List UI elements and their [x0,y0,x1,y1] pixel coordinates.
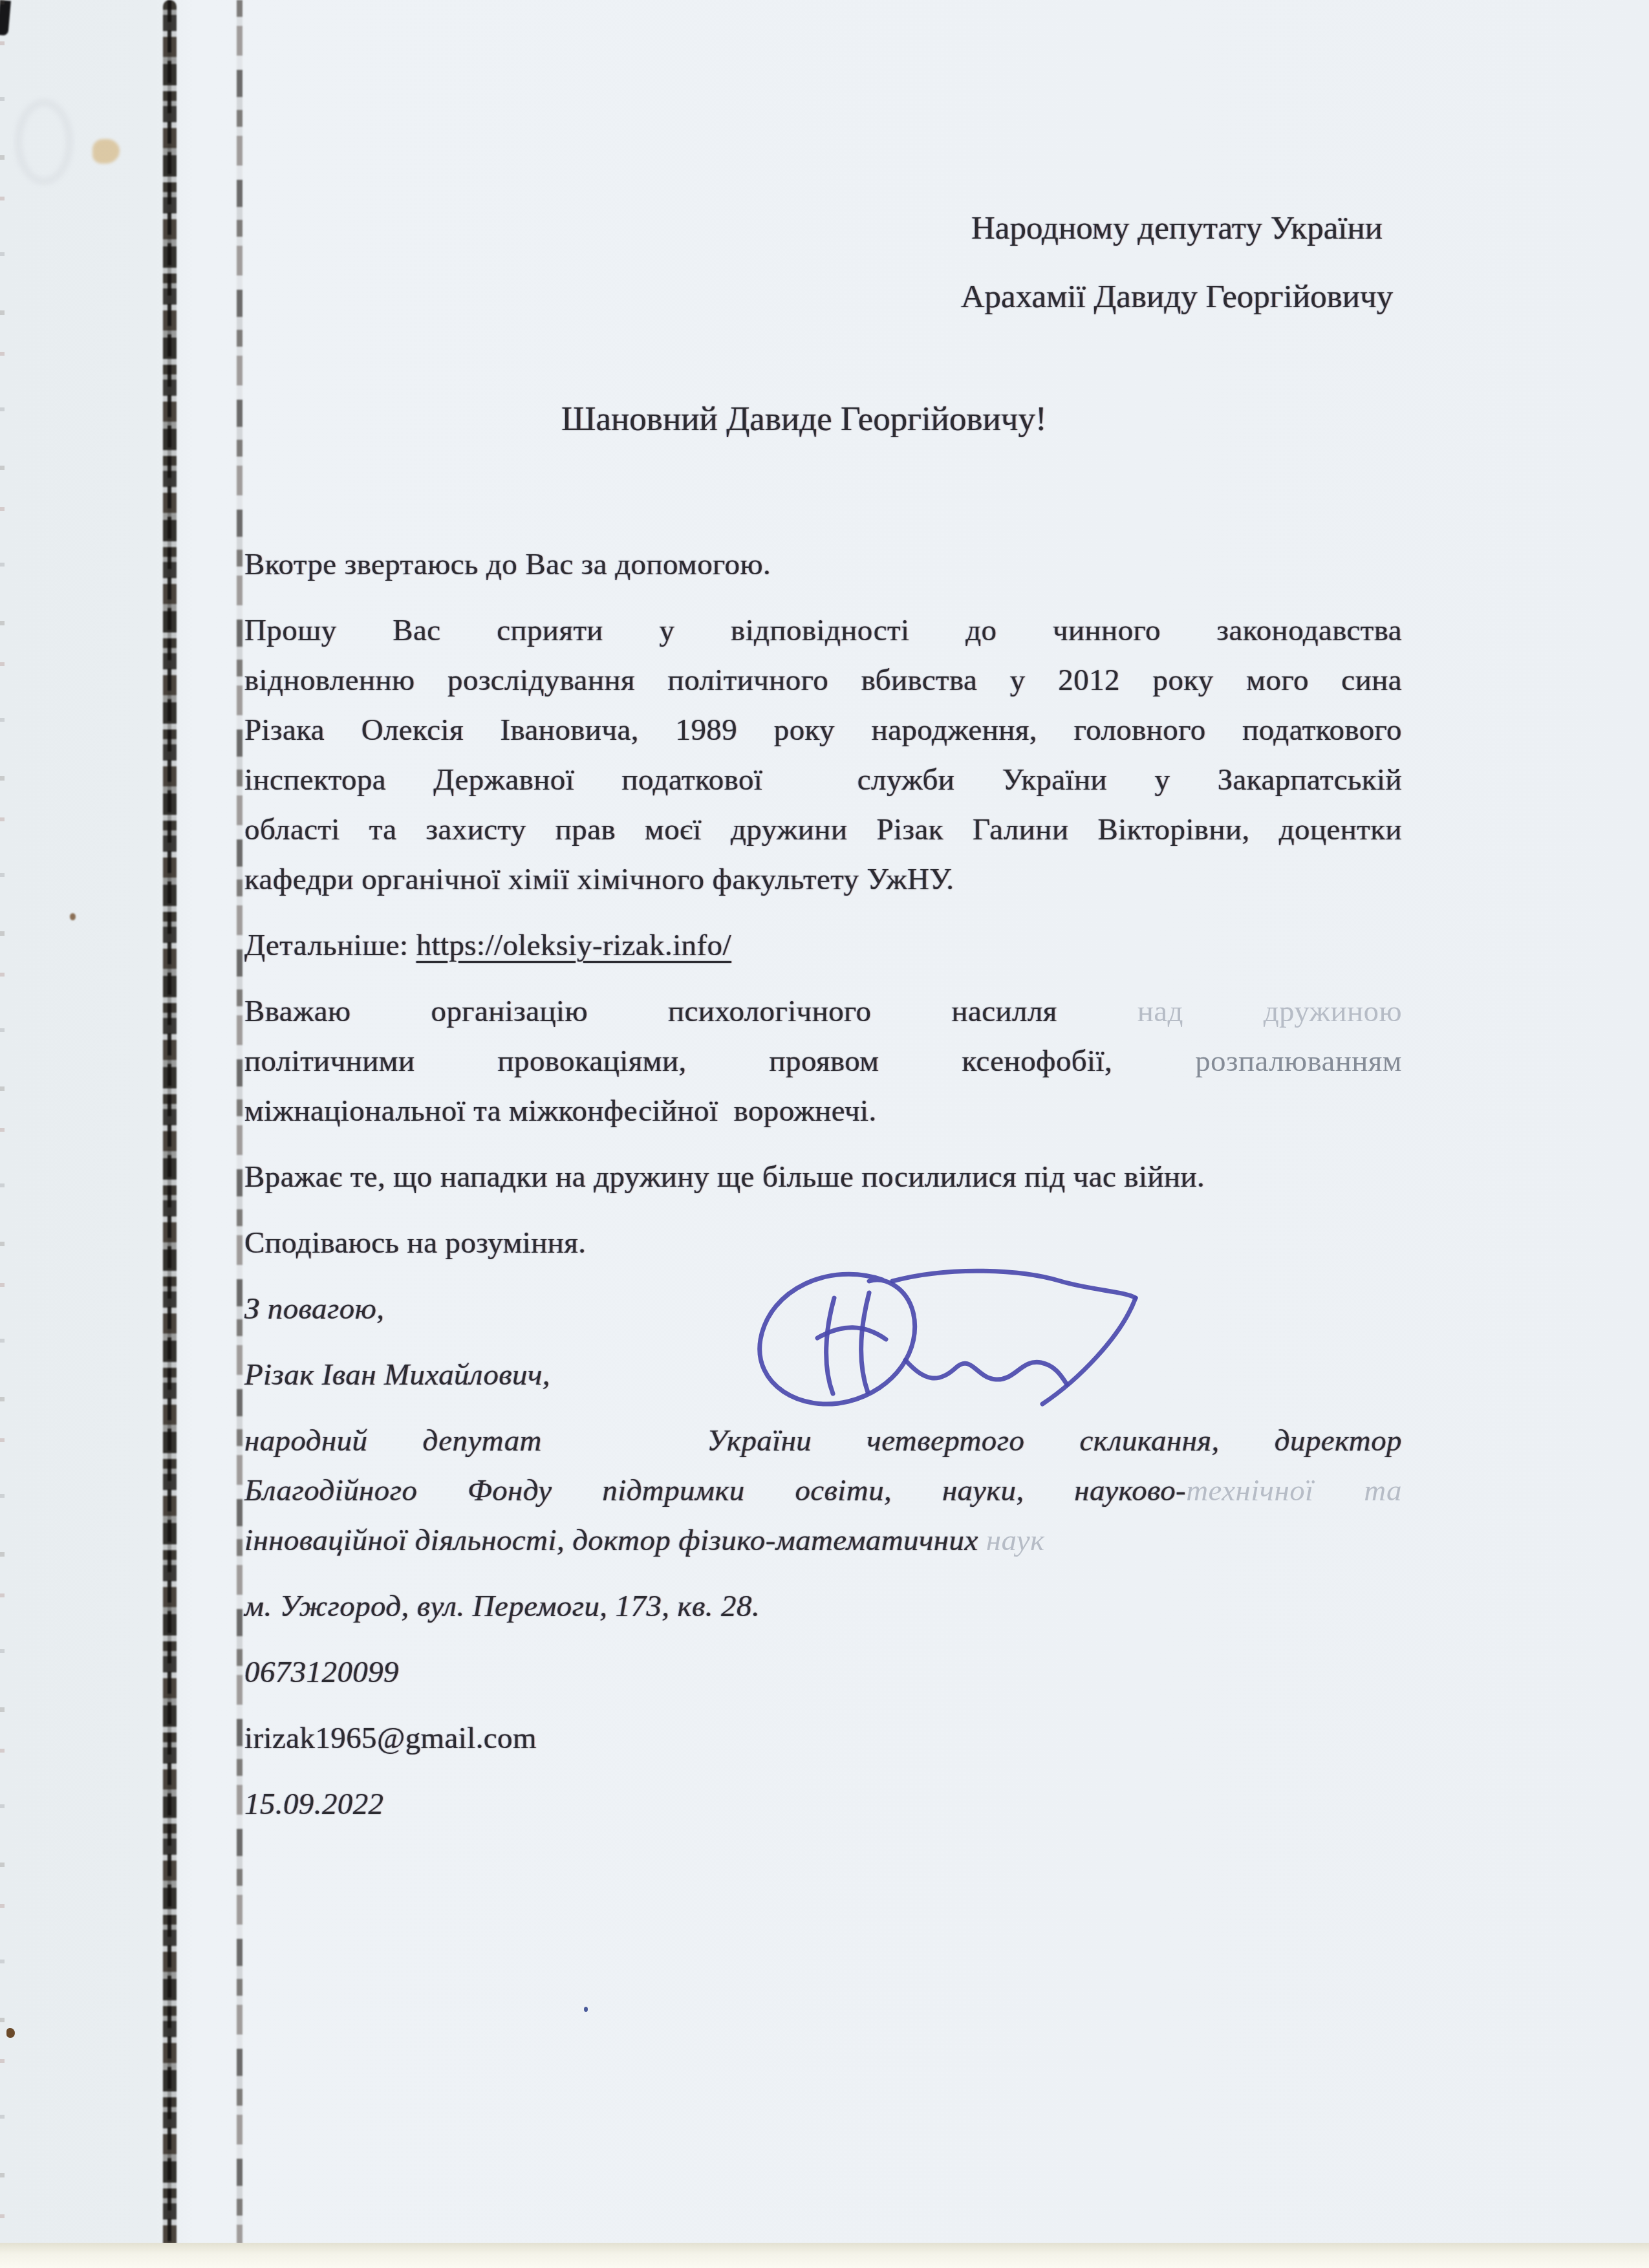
opinion-line-2-faded: розпалюванням [1195,1044,1402,1078]
opinion-line-2-main: політичними провокаціями, проявом ксеноф… [244,1044,1112,1078]
paragraph-request: Прошу Вас сприяти у відповідності до чин… [244,606,1402,905]
contact-phone: 0673120099 [244,1648,1402,1698]
scan-smudge [16,100,72,184]
scan-artifact-line-inner [237,0,242,2257]
details-label: Детальніше: [244,929,416,962]
paragraph-opinion: Вважаю організацію психологічного насилл… [244,987,1402,1136]
salutation: Шановний Давиде Георгійовичу! [561,400,1047,438]
paragraph-position: народний депутат України четвертого скли… [244,1416,1402,1566]
opinion-line: політичними провокаціями, проявом ксеноф… [244,1037,1402,1086]
scanned-letter-page: Народному депутату України Арахамії Дави… [0,0,1649,2268]
paragraph-intro: Вкотре звертаюсь до Вас за допомогою. [244,540,1402,590]
request-line: відновленню розслідування політичного вб… [244,656,1402,706]
position-line: інноваційної діяльності, доктор фізико-м… [244,1516,1402,1566]
position-line-3-main: інноваційної діяльності, доктор фізико-м… [244,1524,978,1557]
opinion-line: міжнаціональної та міжконфесійної ворожн… [244,1086,1402,1136]
paragraph-details: Детальніше: https://oleksiy-rizak.info/ [244,921,1402,971]
oleksiy-rizak-link[interactable]: https://oleksiy-rizak.info/ [416,929,731,962]
position-line: Благодійного Фонду підтримки освіти, нау… [244,1466,1402,1516]
opinion-line-1-faded: над дружиною [1137,995,1402,1028]
position-line-3-faded: наук [986,1524,1045,1557]
scan-speck [6,2028,15,2038]
request-line: області та захисту прав моєї дружини Різ… [244,805,1402,855]
opinion-line: Вважаю організацію психологічного насилл… [244,987,1402,1037]
position-line: народний депутат України четвертого скли… [244,1416,1402,1466]
recipient-block: Народному депутату України Арахамії Дави… [870,194,1484,331]
request-line: інспектора Державної податкової служби У… [244,755,1402,805]
request-line: кафедри органічної хімії хімічного факул… [244,855,1402,905]
signature-scribble [673,1258,1190,1420]
contact-email: irizak1965@gmail.com [244,1714,1402,1764]
recipient-line-2: Арахамії Давиду Георгійовичу [870,263,1484,331]
opinion-line-1-main: Вважаю організацію психологічного насилл… [244,995,1057,1028]
scan-speck [70,913,76,920]
paragraph-war: Вражає те, що нападки на дружину ще біль… [244,1152,1402,1202]
scan-stain [92,139,120,164]
contact-date: 15.09.2022 [244,1780,1402,1830]
request-line: Прошу Вас сприяти у відповідності до чин… [244,606,1402,656]
contact-address: м. Ужгород, вул. Перемоги, 173, кв. 28. [244,1582,1402,1632]
scanner-bed-strip [0,2243,1649,2268]
request-line: Різака Олексія Івановича, 1989 року наро… [244,706,1402,755]
scan-edge-noise [0,0,5,2268]
scan-artifact-line-outer [163,0,177,2252]
scan-speck [584,2007,588,2012]
position-line-2-faded: технічної та [1186,1474,1402,1507]
recipient-line-1: Народному депутату України [870,194,1484,263]
position-line-2-main: Благодійного Фонду підтримки освіти, нау… [244,1474,1186,1507]
letter-body: Вкотре звертаюсь до Вас за допомогою. Пр… [244,540,1402,1846]
